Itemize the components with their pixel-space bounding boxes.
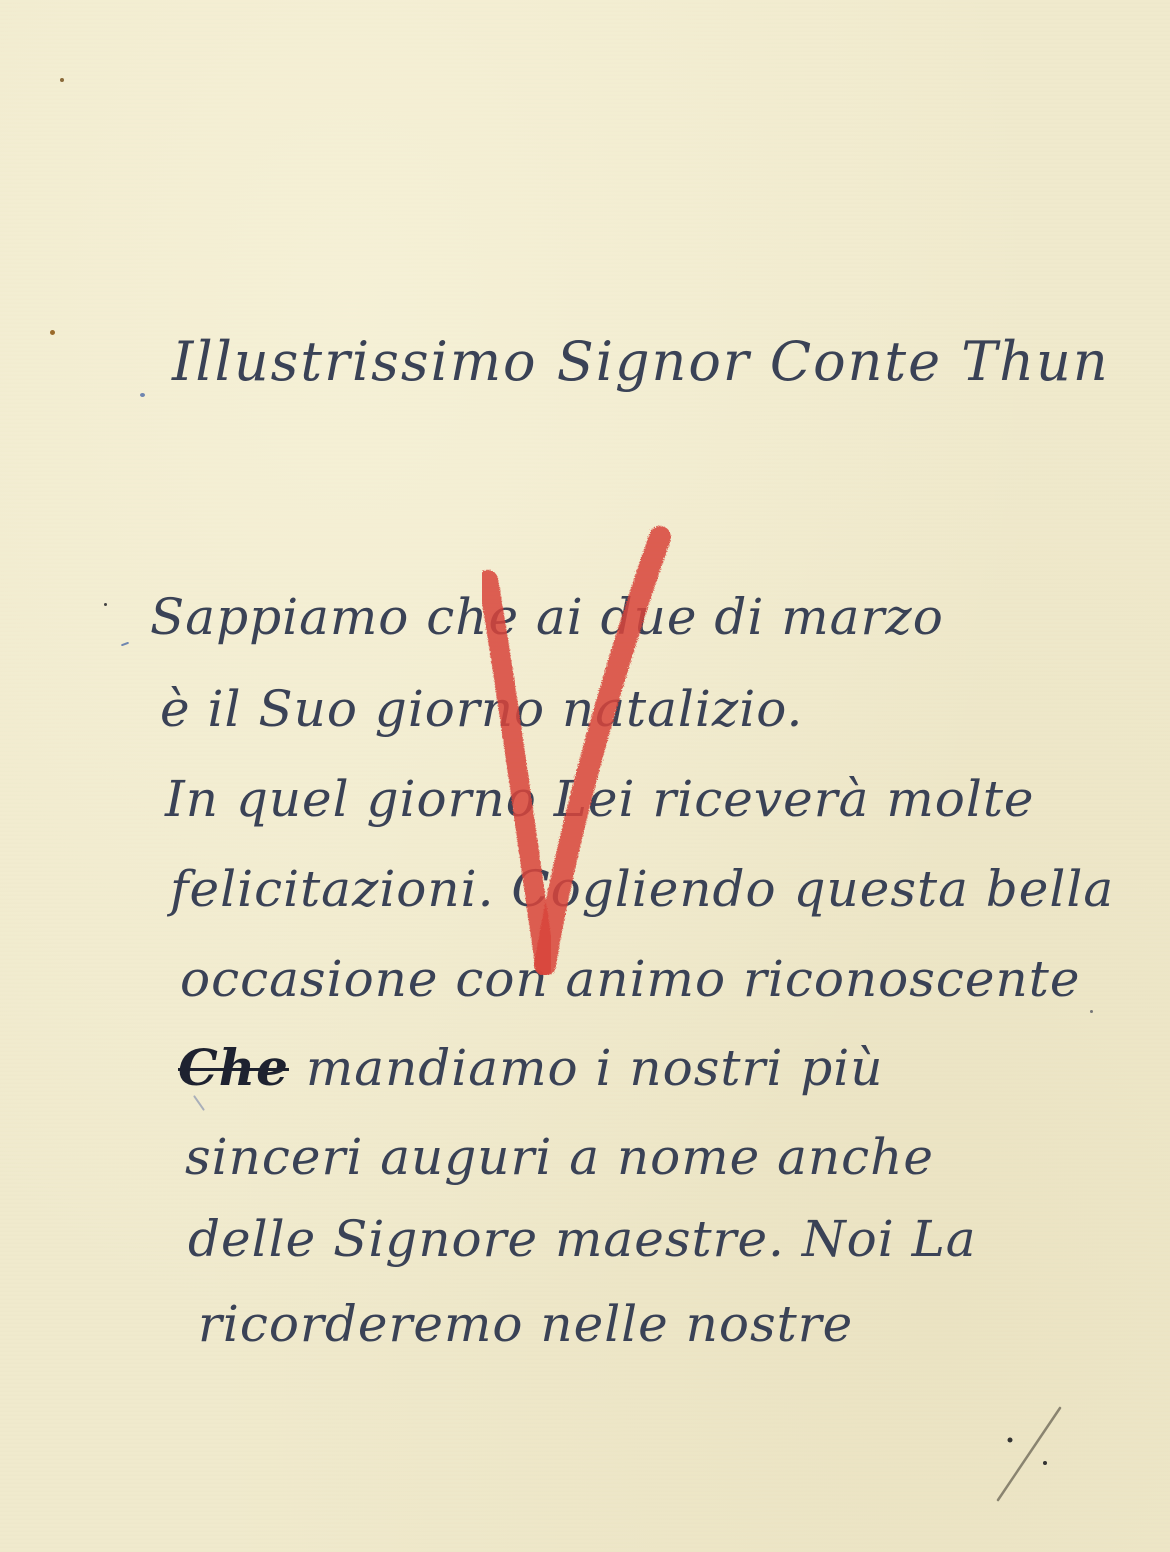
struck-word: Che bbox=[178, 1038, 289, 1097]
letter-line-7: sinceri auguri a nome anche bbox=[185, 1128, 934, 1186]
letter-salutation: Illustrissimo Signor Conte Thun bbox=[172, 330, 1110, 393]
ink-dot bbox=[140, 393, 145, 397]
letter-line-3: In quel giorno Lei riceverà molte bbox=[165, 770, 1035, 828]
ink-dash bbox=[121, 642, 129, 647]
letter-line-1: Sappiamo che ai due di marzo bbox=[150, 588, 944, 646]
paper-speck bbox=[60, 78, 64, 82]
letter-line-6-text: mandiamo i nostri più bbox=[306, 1039, 884, 1097]
letter-line-8: delle Signore maestre. Noi La bbox=[188, 1210, 977, 1268]
letter-line-2: è il Suo giorno natalizio. bbox=[160, 680, 803, 738]
letter-line-4: felicitazioni. Cogliendo questa bella bbox=[170, 860, 1114, 918]
letter-line-5: occasione con animo riconoscente bbox=[180, 950, 1080, 1008]
pencil-slash-mark-icon bbox=[990, 1405, 1070, 1505]
paper-speck bbox=[1090, 1010, 1093, 1013]
letter-line-6: Che mandiamo i nostri più bbox=[178, 1038, 883, 1097]
letter-line-9: ricorderemo nelle nostre bbox=[198, 1295, 853, 1353]
paper-speck bbox=[50, 330, 55, 335]
letter-page: Illustrissimo Signor Conte Thun Sappiamo… bbox=[0, 0, 1170, 1552]
paper-speck bbox=[104, 603, 107, 606]
pencil-caret bbox=[193, 1095, 205, 1111]
